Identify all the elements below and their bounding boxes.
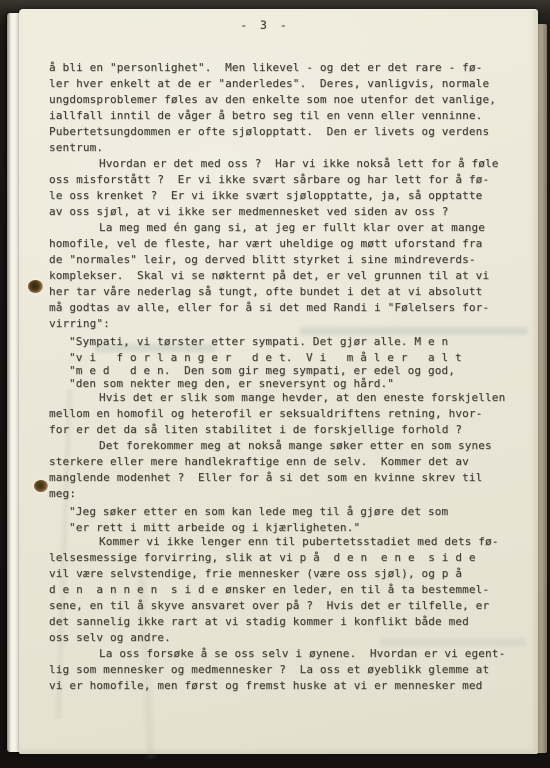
typed-line: her tar våre nederlag så tungt, ofte bun…	[49, 284, 511, 300]
typed-line: av oss sjøl, at vi ikke ser medmennesket…	[49, 204, 511, 220]
typed-line: lig som mennesker og medmennesker ? La o…	[49, 662, 511, 678]
typed-line: mellom en homofil og heterofil er seksua…	[49, 406, 511, 422]
typed-line: meg:	[49, 486, 511, 502]
typed-line: komplekser. Skal vi se nøkternt på det, …	[49, 268, 511, 284]
typed-line: homofile, vel de fleste, har vært uheldi…	[49, 236, 511, 252]
typed-line: manglende modenhet ? Eller for å si det …	[49, 470, 511, 486]
typed-line: "er rett i mitt arbeide og i kjærlighete…	[49, 521, 511, 534]
typed-line: La oss forsøke å se oss selv i øynene. H…	[49, 646, 511, 662]
typed-line: iallfall inntil de våger å betro seg til…	[49, 108, 511, 124]
scanned-page-photo: - 3 - å bli en "personlighet". Men likev…	[0, 0, 550, 768]
typed-line: det sannelig ikke rart at vi stadig komm…	[49, 614, 511, 630]
typed-line: Det forekommer meg at nokså mange søker …	[49, 438, 511, 454]
typed-line: oss misforstått ? Er vi ikke svært sårba…	[49, 172, 511, 188]
typed-line: oss selv og andre.	[49, 630, 511, 646]
typed-line: virring":	[49, 316, 511, 332]
page-number: - 3 -	[225, 18, 305, 32]
typed-line: "m e d d e n. Den som gir meg sympati, e…	[49, 364, 511, 377]
typed-line: le oss krenket ? Er vi ikke svært sjølop…	[49, 188, 511, 204]
typed-line: for er det da så liten stabilitet i de f…	[49, 422, 511, 438]
typed-line: Hvordan er det med oss ? Har vi ikke nok…	[49, 156, 511, 172]
typed-line: La meg med én gang si, at jeg er fullt k…	[49, 220, 511, 236]
typed-line: de "normales" leir, og derved blitt styr…	[49, 252, 511, 268]
typed-line: Hvis det er slik som mange hevder, at de…	[49, 390, 511, 406]
typed-line: "Sympati, vi tørster etter sympati. Det …	[49, 332, 511, 351]
typed-line: sentrum.	[49, 140, 511, 156]
typed-line: Pubertetsungdommen er ofte sjølopptatt. …	[49, 124, 511, 140]
typed-line: d e n a n n e n s i d e ønsker en leder,…	[49, 582, 511, 598]
typed-line: å bli en "personlighet". Men likevel - o…	[49, 60, 511, 76]
typed-line: "den som nekter meg den, er sneversynt o…	[49, 377, 511, 390]
typed-line: "Jeg søker etter en som kan lede meg til…	[49, 502, 511, 521]
typed-line: ungdomsproblemer føles av den enkelte so…	[49, 92, 511, 108]
typed-line: lelsesmessige forvirring, slik at vi p å…	[49, 550, 511, 566]
typed-line: vi er homofile, men først og fremst husk…	[49, 678, 511, 694]
typed-line: sene, en til å skyve ansvaret over på ? …	[49, 598, 511, 614]
typed-line: ler hver enkelt at de er "anderledes". D…	[49, 76, 511, 92]
punch-hole-top	[28, 280, 43, 293]
typed-line: må godtas av alle, eller for å si det me…	[49, 300, 511, 316]
typed-line: sterkere eller mere handlekraftige enn d…	[49, 454, 511, 470]
typed-line: "v i f o r l a n g e r d e t. V i m å l …	[49, 351, 511, 364]
punch-hole-bottom	[34, 480, 48, 492]
typed-line: Kommer vi ikke lenger enn til pubertetss…	[49, 534, 511, 550]
typed-lines: å bli en "personlighet". Men likevel - o…	[49, 60, 511, 694]
typed-line: vil være selvstendige, frie mennesker (v…	[49, 566, 511, 582]
